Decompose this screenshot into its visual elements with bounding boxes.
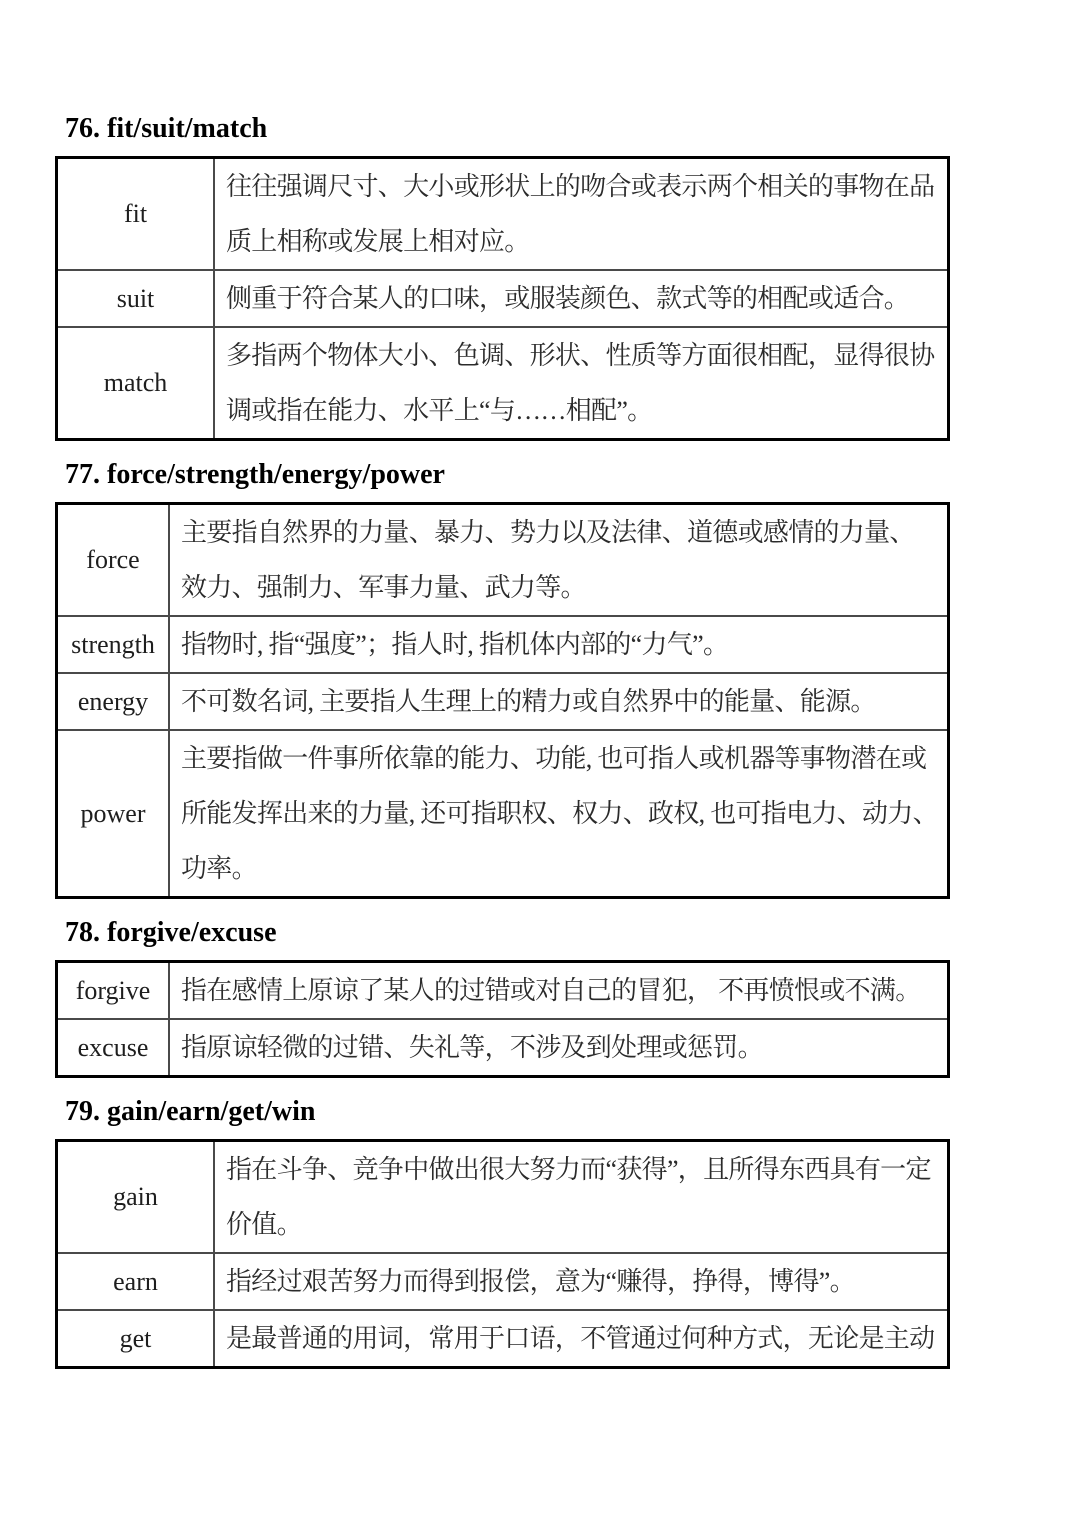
section-76-fit-suit-match: 76. fit/suit/match fit 往往强调尺寸、大小或形状上的吻合或… bbox=[55, 113, 950, 441]
table-row: gain 指在斗争、竞争中做出很大努力而“获得”，且所得东西具有一定价值。 bbox=[58, 1142, 947, 1252]
term-cell: strength bbox=[58, 617, 170, 672]
definition-cell: 多指两个物体大小、色调、形状、性质等方面很相配，显得很协调或指在能力、水平上“与… bbox=[215, 328, 947, 438]
section-heading: 78. forgive/excuse bbox=[65, 917, 950, 949]
definition-cell: 主要指做一件事所依靠的能力、功能, 也可指人或机器等事物潜在或所能发挥出来的力量… bbox=[170, 731, 947, 896]
table-row: energy 不可数名词, 主要指人生理上的精力或自然界中的能量、能源。 bbox=[58, 672, 947, 729]
table-row: excuse 指原谅轻微的过错、失礼等，不涉及到处理或惩罚。 bbox=[58, 1018, 947, 1075]
section-77-force-strength-energy-power: 77. force/strength/energy/power force 主要… bbox=[55, 459, 950, 899]
table-row: get 是最普通的用词，常用于口语，不管通过何种方式，无论是主动 bbox=[58, 1309, 947, 1366]
document-page: 76. fit/suit/match fit 往往强调尺寸、大小或形状上的吻合或… bbox=[0, 0, 1080, 1527]
definition-cell: 是最普通的用词，常用于口语，不管通过何种方式，无论是主动 bbox=[215, 1311, 947, 1366]
term-cell: gain bbox=[58, 1142, 215, 1252]
definition-cell: 主要指自然界的力量、暴力、势力以及法律、道德或感情的力量、效力、强制力、军事力量… bbox=[170, 505, 947, 615]
section-78-forgive-excuse: 78. forgive/excuse forgive 指在感情上原谅了某人的过错… bbox=[55, 917, 950, 1078]
term-cell: forgive bbox=[58, 963, 170, 1018]
definition-cell: 往往强调尺寸、大小或形状上的吻合或表示两个相关的事物在品质上相称或发展上相对应。 bbox=[215, 159, 947, 269]
term-cell: force bbox=[58, 505, 170, 615]
table-row: strength 指物时, 指“强度”；指人时, 指机体内部的“力气”。 bbox=[58, 615, 947, 672]
term-cell: excuse bbox=[58, 1020, 170, 1075]
definition-cell: 指在斗争、竞争中做出很大努力而“获得”，且所得东西具有一定价值。 bbox=[215, 1142, 947, 1252]
section-heading: 76. fit/suit/match bbox=[65, 113, 950, 145]
comparison-table: fit 往往强调尺寸、大小或形状上的吻合或表示两个相关的事物在品质上相称或发展上… bbox=[55, 156, 950, 441]
table-row: power 主要指做一件事所依靠的能力、功能, 也可指人或机器等事物潜在或所能发… bbox=[58, 729, 947, 896]
definition-cell: 侧重于符合某人的口味，或服装颜色、款式等的相配或适合。 bbox=[215, 271, 947, 326]
term-cell: power bbox=[58, 731, 170, 896]
table-row: suit 侧重于符合某人的口味，或服装颜色、款式等的相配或适合。 bbox=[58, 269, 947, 326]
section-heading: 79. gain/earn/get/win bbox=[65, 1096, 950, 1128]
table-row: fit 往往强调尺寸、大小或形状上的吻合或表示两个相关的事物在品质上相称或发展上… bbox=[58, 159, 947, 269]
section-79-gain-earn-get-win: 79. gain/earn/get/win gain 指在斗争、竞争中做出很大努… bbox=[55, 1096, 950, 1369]
comparison-table: gain 指在斗争、竞争中做出很大努力而“获得”，且所得东西具有一定价值。 ea… bbox=[55, 1139, 950, 1369]
term-cell: suit bbox=[58, 271, 215, 326]
page-content: 76. fit/suit/match fit 往往强调尺寸、大小或形状上的吻合或… bbox=[55, 0, 950, 1369]
term-cell: earn bbox=[58, 1254, 215, 1309]
table-row: earn 指经过艰苦努力而得到报偿，意为“赚得，挣得，博得”。 bbox=[58, 1252, 947, 1309]
term-cell: match bbox=[58, 328, 215, 438]
definition-cell: 指原谅轻微的过错、失礼等，不涉及到处理或惩罚。 bbox=[170, 1020, 947, 1075]
definition-cell: 指在感情上原谅了某人的过错或对自己的冒犯， 不再愤恨或不满。 bbox=[170, 963, 947, 1018]
comparison-table: forgive 指在感情上原谅了某人的过错或对自己的冒犯， 不再愤恨或不满。 e… bbox=[55, 960, 950, 1078]
table-row: forgive 指在感情上原谅了某人的过错或对自己的冒犯， 不再愤恨或不满。 bbox=[58, 963, 947, 1018]
table-row: force 主要指自然界的力量、暴力、势力以及法律、道德或感情的力量、效力、强制… bbox=[58, 505, 947, 615]
definition-cell: 指物时, 指“强度”；指人时, 指机体内部的“力气”。 bbox=[170, 617, 947, 672]
section-heading: 77. force/strength/energy/power bbox=[65, 459, 950, 491]
table-row: match 多指两个物体大小、色调、形状、性质等方面很相配，显得很协调或指在能力… bbox=[58, 326, 947, 438]
term-cell: fit bbox=[58, 159, 215, 269]
definition-cell: 指经过艰苦努力而得到报偿，意为“赚得，挣得，博得”。 bbox=[215, 1254, 947, 1309]
comparison-table: force 主要指自然界的力量、暴力、势力以及法律、道德或感情的力量、效力、强制… bbox=[55, 502, 950, 899]
definition-cell: 不可数名词, 主要指人生理上的精力或自然界中的能量、能源。 bbox=[170, 674, 947, 729]
term-cell: energy bbox=[58, 674, 170, 729]
term-cell: get bbox=[58, 1311, 215, 1366]
